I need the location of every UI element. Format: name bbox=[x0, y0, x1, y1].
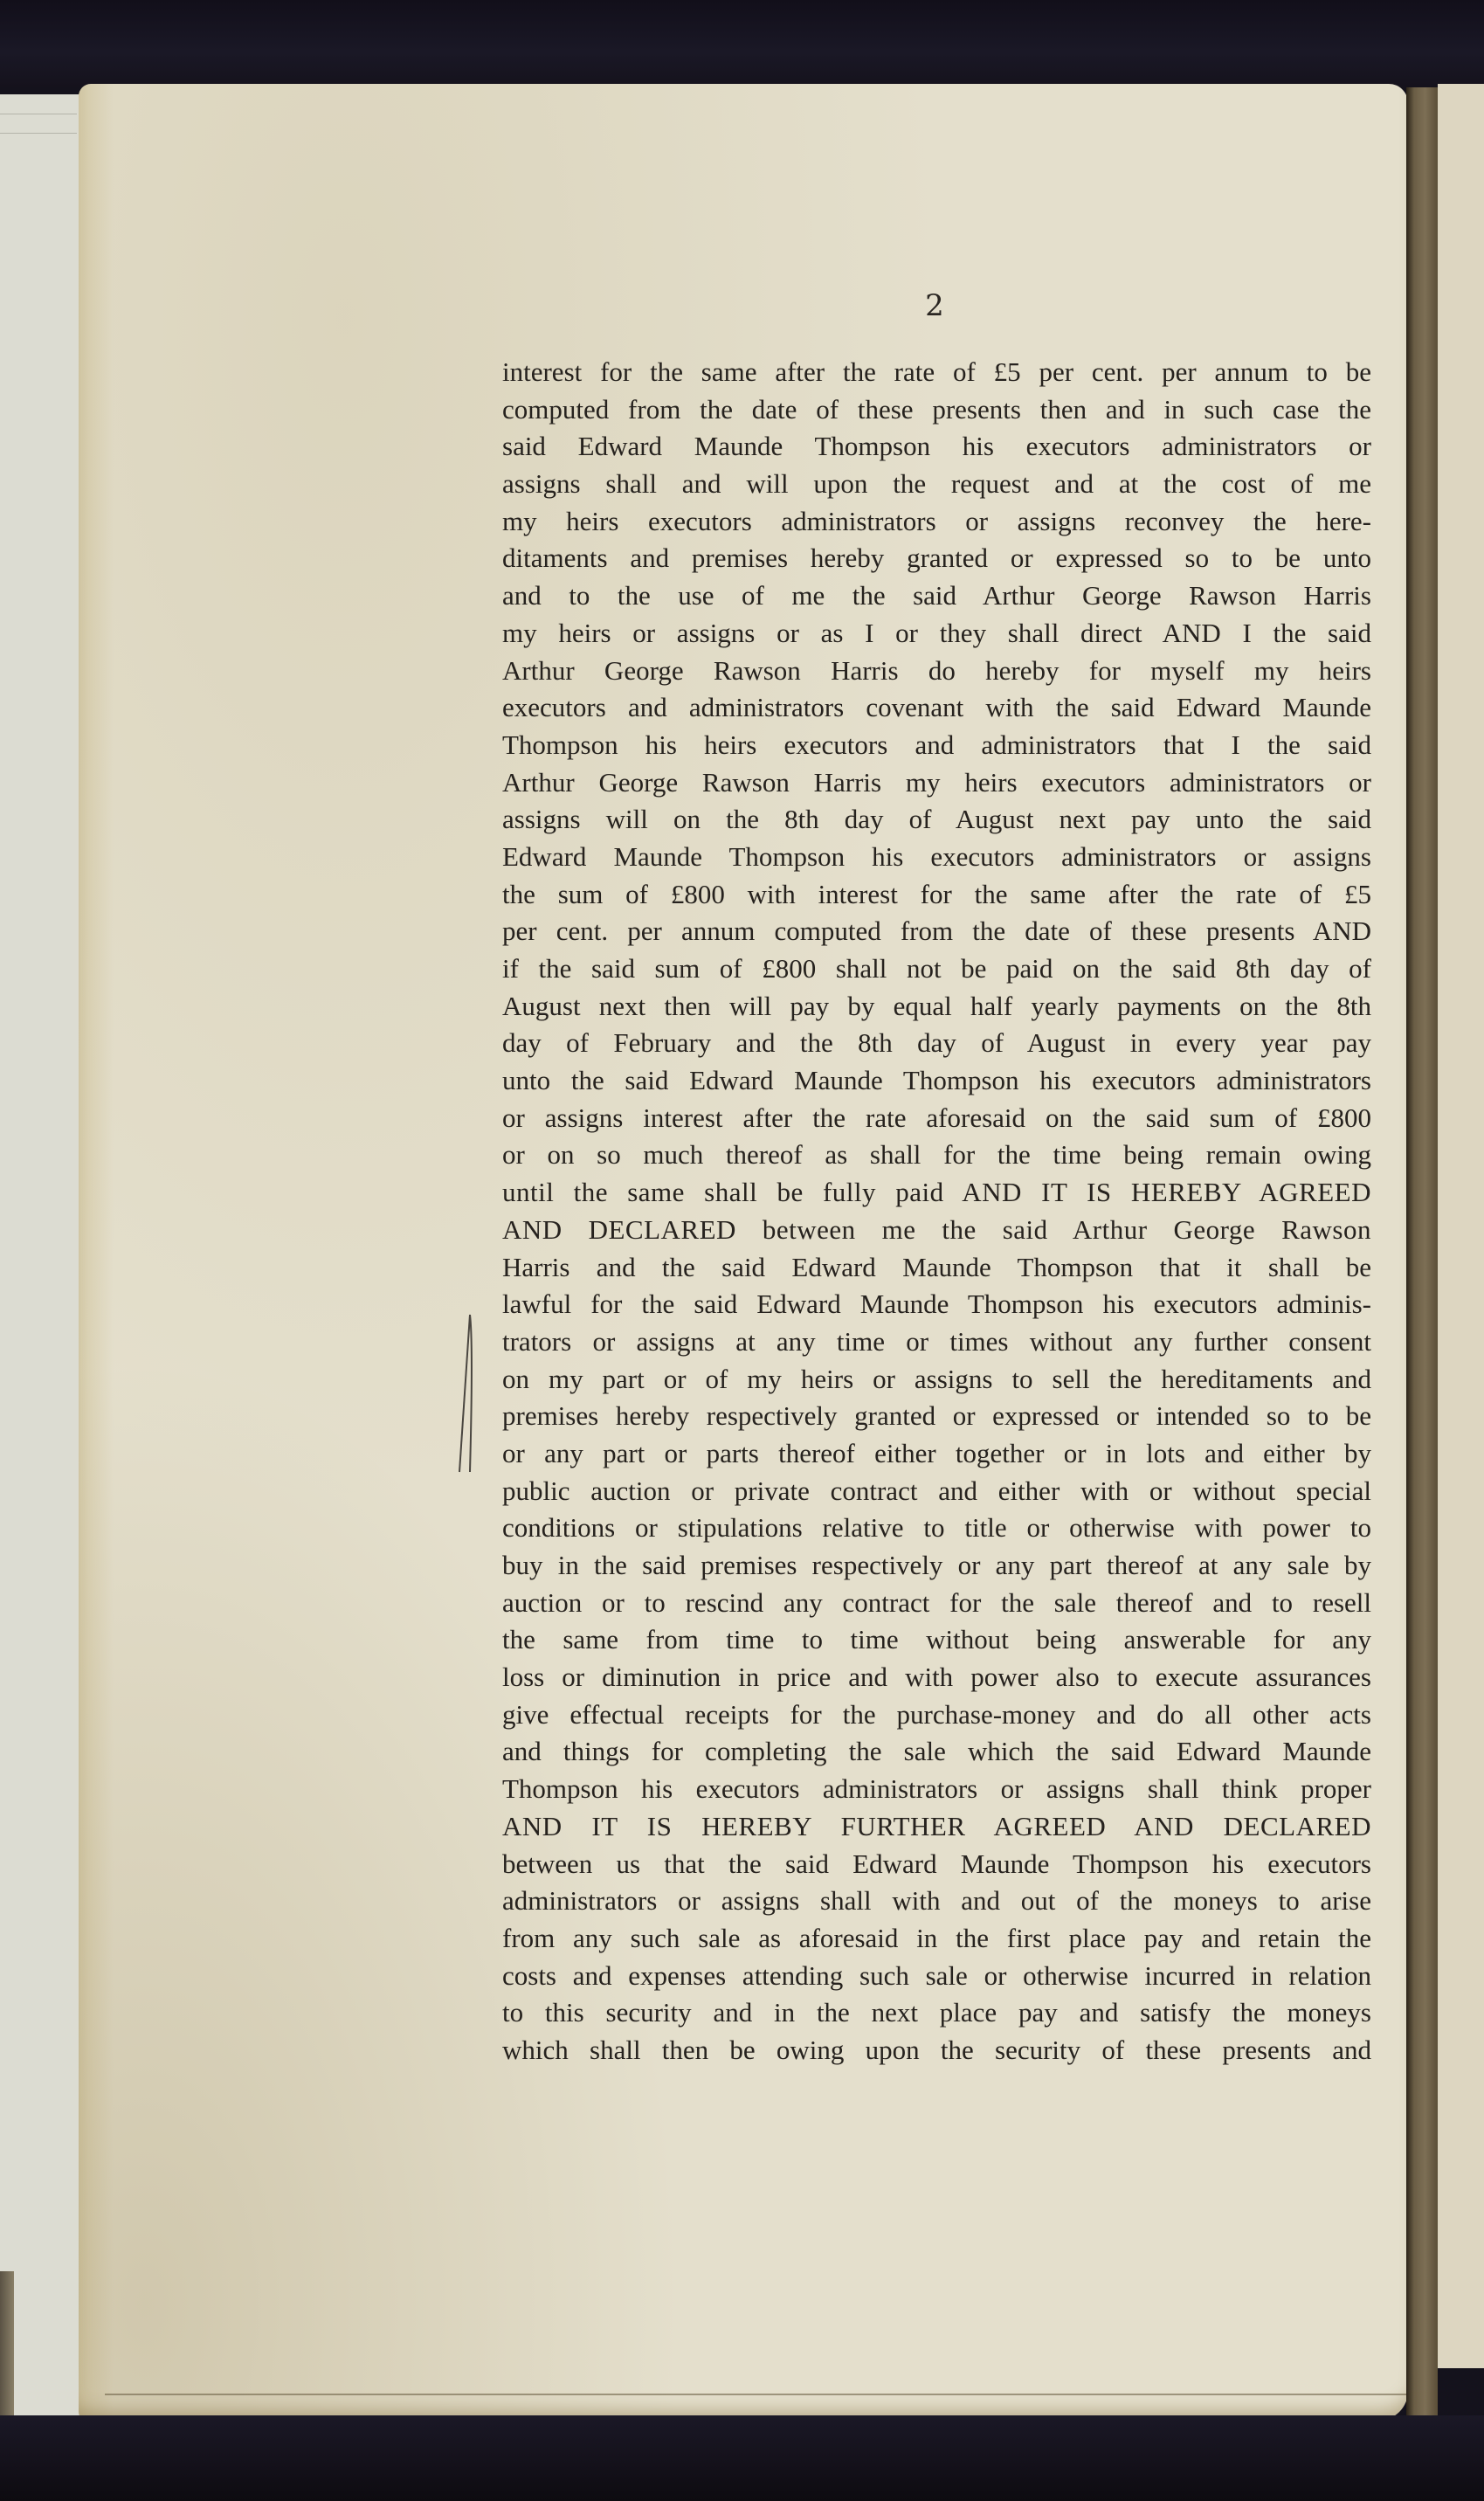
pencil-margin-mark-icon bbox=[454, 1310, 480, 1476]
text-line: ditaments and premises hereby granted or… bbox=[502, 540, 1371, 577]
ruled-line bbox=[0, 133, 77, 134]
adjacent-page-strip bbox=[0, 94, 81, 2418]
text-line: or assigns interest after the rate afore… bbox=[502, 1100, 1371, 1137]
binding-edge bbox=[0, 2271, 14, 2415]
page-gutter bbox=[1406, 87, 1438, 2418]
text-line: AND IT IS HEREBY FURTHER AGREED AND DECL… bbox=[502, 1808, 1371, 1846]
text-line: if the said sum of £800 shall not be pai… bbox=[502, 950, 1371, 988]
text-line: day of February and the 8th day of Augus… bbox=[502, 1025, 1371, 1062]
text-line: my heirs executors administrators or ass… bbox=[502, 503, 1371, 541]
text-line: Arthur George Rawson Harris do hereby fo… bbox=[502, 653, 1371, 690]
text-line: Thompson his executors administrators or… bbox=[502, 1771, 1371, 1808]
text-line: from any such sale as aforesaid in the f… bbox=[502, 1920, 1371, 1958]
text-line: Arthur George Rawson Harris my heirs exe… bbox=[502, 764, 1371, 802]
text-line: trators or assigns at any time or times … bbox=[502, 1323, 1371, 1361]
text-line: Edward Maunde Thompson his executors adm… bbox=[502, 839, 1371, 876]
text-line: or on so much thereof as shall for the t… bbox=[502, 1137, 1371, 1174]
text-line: premises hereby respectively granted or … bbox=[502, 1398, 1371, 1435]
deed-body-text: interest for the same after the rate of … bbox=[502, 354, 1371, 2069]
text-line: AND DECLARED between me the said Arthur … bbox=[502, 1212, 1371, 1249]
text-line: and to the use of me the said Arthur Geo… bbox=[502, 577, 1371, 615]
text-line: conditions or stipulations relative to t… bbox=[502, 1510, 1371, 1547]
text-line: administrators or assigns shall with and… bbox=[502, 1883, 1371, 1920]
text-line: to this security and in the next place p… bbox=[502, 1994, 1371, 2032]
text-line: the same from time to time without being… bbox=[502, 1621, 1371, 1659]
text-line: or any part or parts thereof either toge… bbox=[502, 1435, 1371, 1473]
text-line: loss or diminution in price and with pow… bbox=[502, 1659, 1371, 1696]
text-line: lawful for the said Edward Maunde Thomps… bbox=[502, 1286, 1371, 1323]
page-fold-line bbox=[105, 2394, 1406, 2395]
book-cloth-top bbox=[0, 0, 1484, 87]
text-line: my heirs or assigns or as I or they shal… bbox=[502, 615, 1371, 653]
text-line: give effectual receipts for the purchase… bbox=[502, 1696, 1371, 1734]
next-page-edge bbox=[1438, 84, 1484, 2368]
text-line: public auction or private contract and e… bbox=[502, 1473, 1371, 1510]
text-line: unto the said Edward Maunde Thompson his… bbox=[502, 1062, 1371, 1100]
text-line: per cent. per annum computed from the da… bbox=[502, 913, 1371, 950]
text-line: until the same shall be fully paid AND I… bbox=[502, 1174, 1371, 1212]
text-line: auction or to rescind any contract for t… bbox=[502, 1585, 1371, 1622]
text-line: computed from the date of these presents… bbox=[502, 391, 1371, 429]
text-line: costs and expenses attending such sale o… bbox=[502, 1958, 1371, 1995]
text-line: the sum of £800 with interest for the sa… bbox=[502, 876, 1371, 914]
page-number: 2 bbox=[900, 288, 970, 323]
text-line: Thompson his heirs executors and adminis… bbox=[502, 727, 1371, 764]
text-line: Harris and the said Edward Maunde Thomps… bbox=[502, 1249, 1371, 1287]
text-line: interest for the same after the rate of … bbox=[502, 354, 1371, 391]
text-line: between us that the said Edward Maunde T… bbox=[502, 1846, 1371, 1883]
book-cloth-bottom bbox=[0, 2415, 1484, 2501]
text-line: buy in the said premises respectively or… bbox=[502, 1547, 1371, 1585]
text-line: assigns shall and will upon the request … bbox=[502, 466, 1371, 503]
ruled-line bbox=[0, 114, 77, 114]
text-line: which shall then be owing upon the secur… bbox=[502, 2032, 1371, 2069]
text-line: and things for completing the sale which… bbox=[502, 1733, 1371, 1771]
text-line: assigns will on the 8th day of August ne… bbox=[502, 801, 1371, 839]
text-line: August next then will pay by equal half … bbox=[502, 988, 1371, 1026]
text-line: on my part or of my heirs or assigns to … bbox=[502, 1361, 1371, 1399]
text-line: said Edward Maunde Thompson his executor… bbox=[502, 428, 1371, 466]
text-line: executors and administrators covenant wi… bbox=[502, 689, 1371, 727]
